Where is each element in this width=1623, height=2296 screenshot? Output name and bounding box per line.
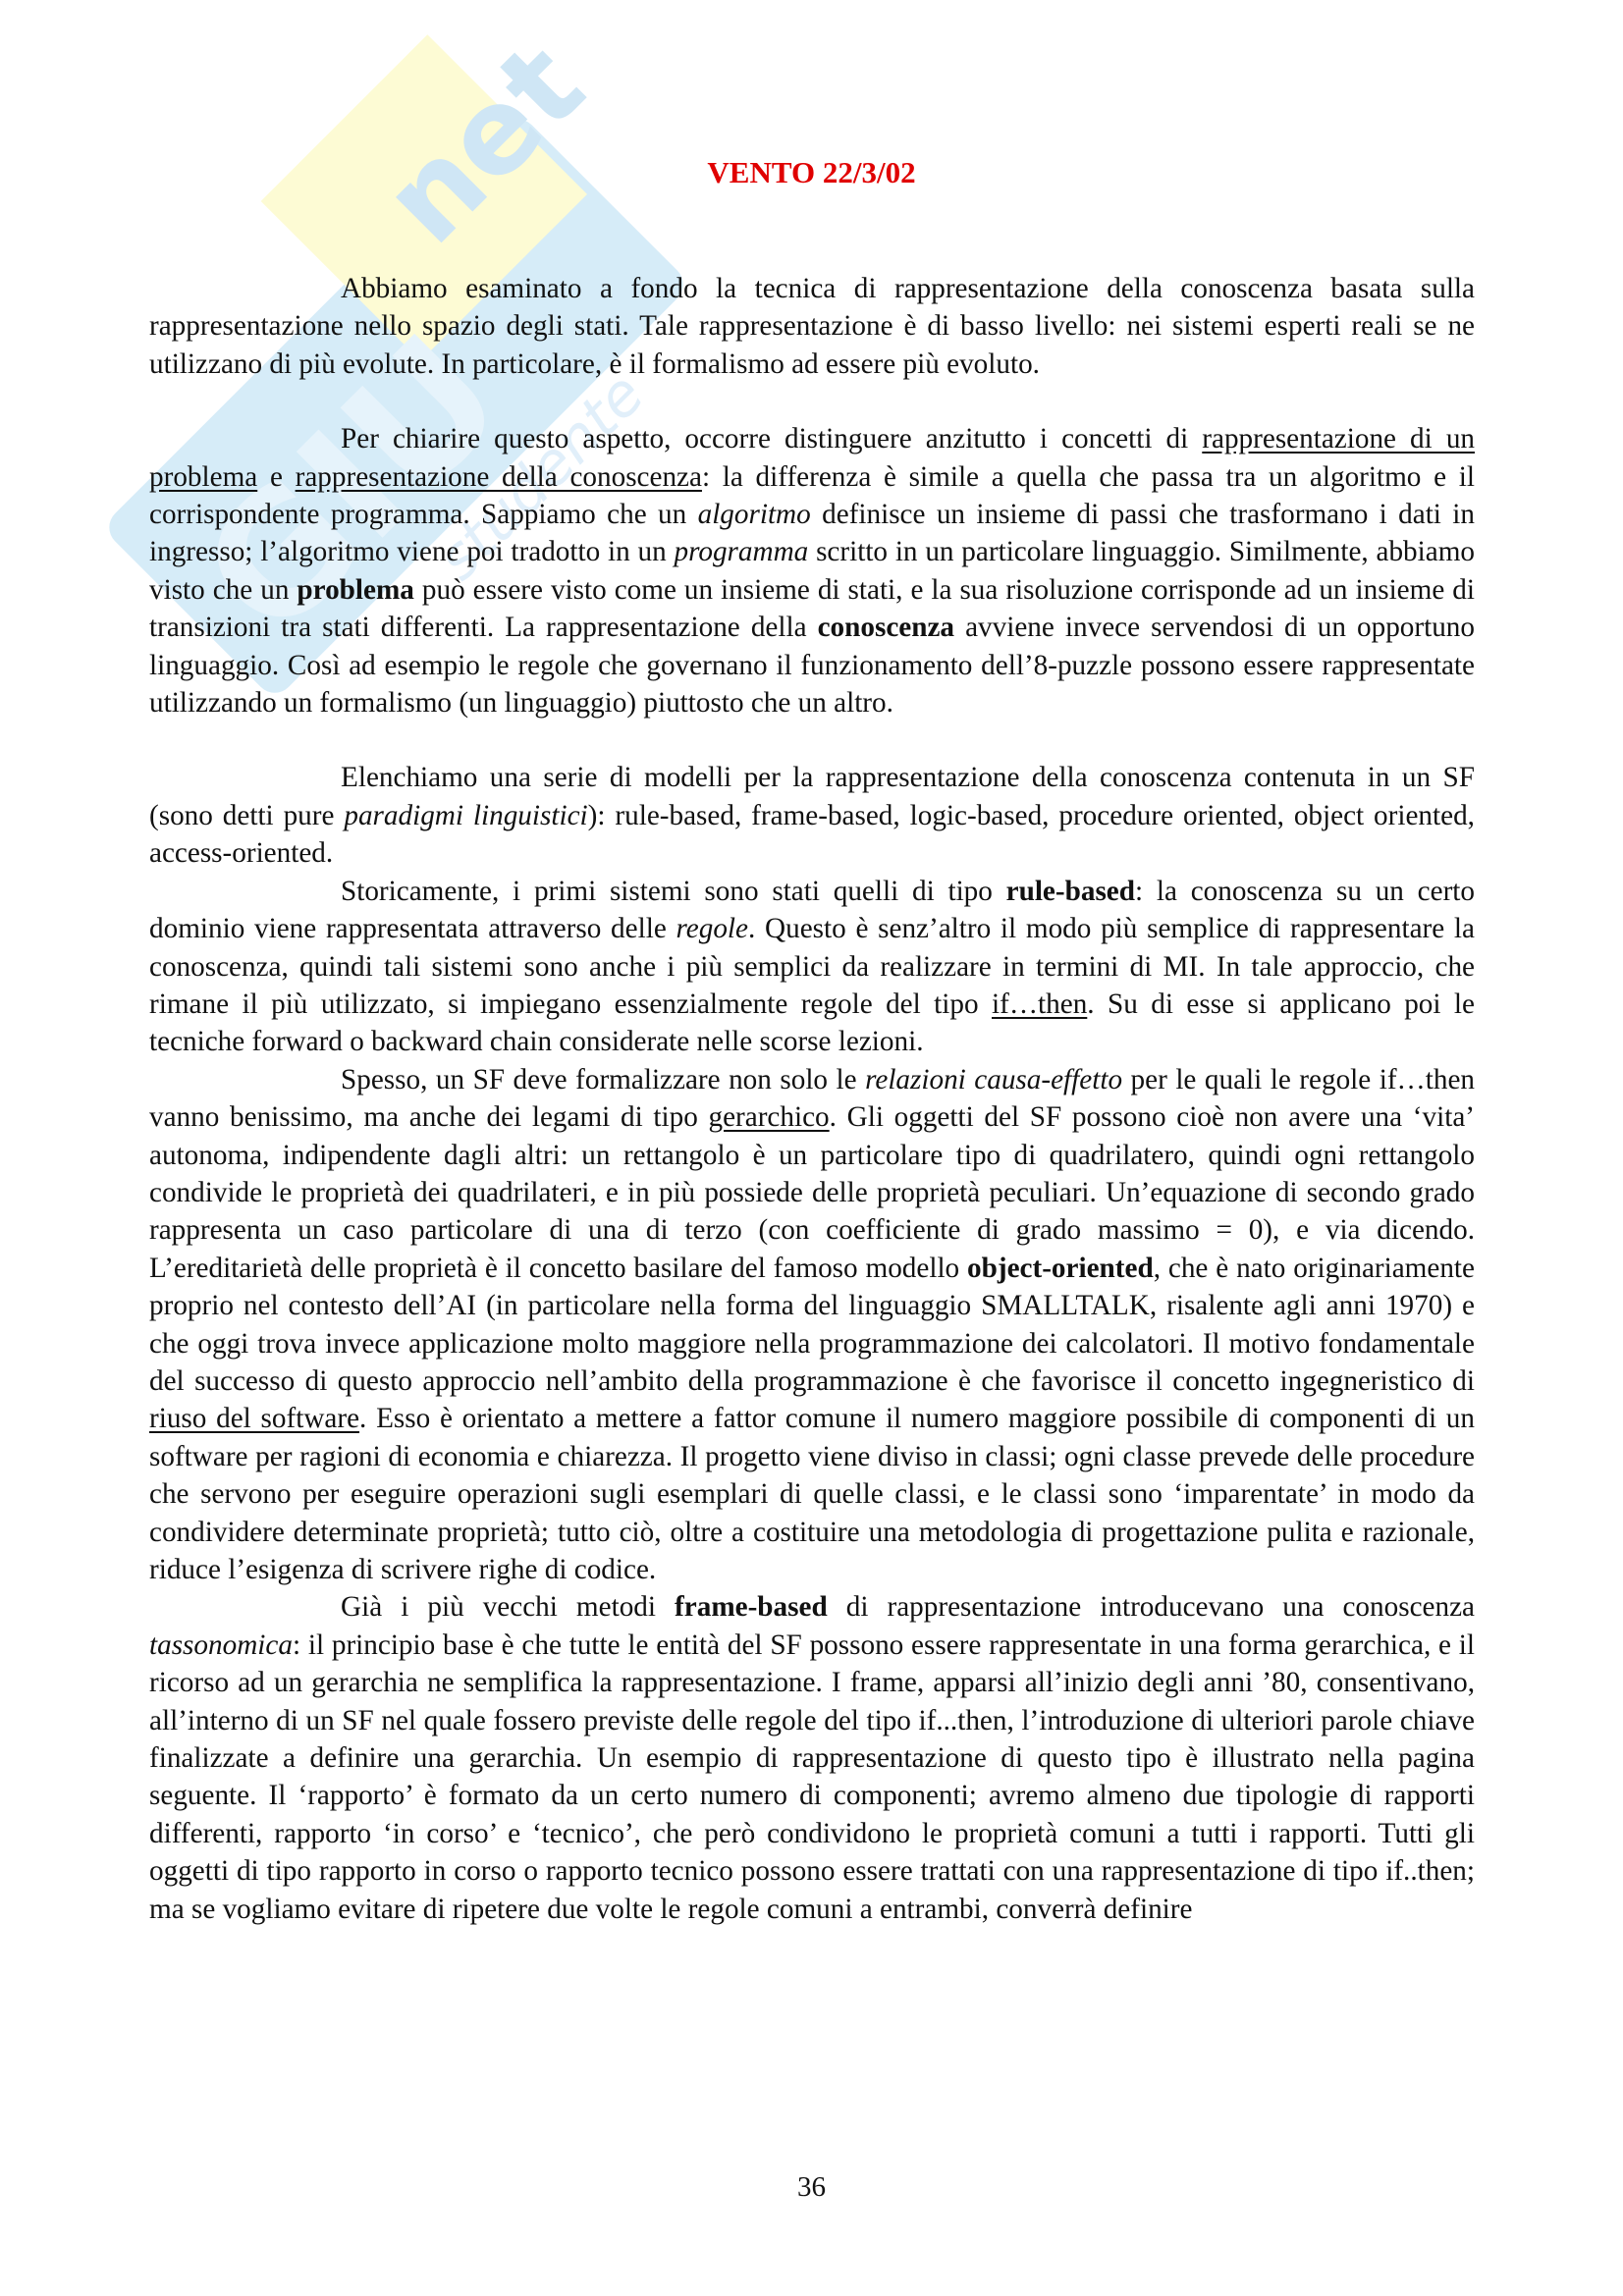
bold-term: object-oriented bbox=[967, 1253, 1154, 1284]
svg-text:net: net bbox=[358, 29, 611, 270]
underlined-term: gerarchico bbox=[708, 1101, 829, 1133]
bold-term: problema bbox=[297, 574, 413, 606]
document-body: Abbiamo esaminato a fondo la tecnica di … bbox=[149, 270, 1475, 1928]
italic-term: algoritmo bbox=[698, 499, 811, 530]
paragraph: Per chiarire questo aspetto, occorre dis… bbox=[149, 420, 1475, 721]
document-page: net GIU studente VENTO 22/3/02 Abbiamo e… bbox=[0, 0, 1623, 2296]
paragraph: Elenchiamo una serie di modelli per la r… bbox=[149, 759, 1475, 872]
text-run: : il principio base è che tutte le entit… bbox=[149, 1629, 1475, 1925]
text-run: e bbox=[257, 461, 295, 493]
bold-term: frame-based bbox=[675, 1591, 828, 1623]
bold-term: conoscenza bbox=[818, 612, 954, 643]
paragraph: Storicamente, i primi sistemi sono stati… bbox=[149, 873, 1475, 1061]
text-run: di rappresentazione introducevano una co… bbox=[828, 1591, 1475, 1623]
italic-term: tassonomica bbox=[149, 1629, 293, 1661]
text-run: Storicamente, i primi sistemi sono stati… bbox=[341, 876, 1006, 907]
italic-term: paradigmi linguistici bbox=[344, 800, 587, 831]
text-run: Per chiarire questo aspetto, occorre dis… bbox=[341, 423, 1202, 454]
text-run: Già i più vecchi metodi bbox=[341, 1591, 675, 1623]
paragraph: Già i più vecchi metodi frame-based di r… bbox=[149, 1588, 1475, 1928]
underlined-term: rappresentazione della conoscenza bbox=[296, 461, 702, 493]
italic-term: programma bbox=[675, 536, 809, 567]
page-number: 36 bbox=[0, 2171, 1623, 2204]
italic-term: relazioni causa-effetto bbox=[865, 1064, 1122, 1095]
italic-term: regole bbox=[676, 913, 748, 944]
text-run: Abbiamo esaminato a fondo la tecnica di … bbox=[149, 273, 1475, 380]
document-title: VENTO 22/3/02 bbox=[0, 155, 1623, 190]
bold-term: rule-based bbox=[1006, 876, 1135, 907]
underlined-term: if…then bbox=[992, 988, 1087, 1020]
paragraph: Spesso, un SF deve formalizzare non solo… bbox=[149, 1061, 1475, 1589]
paragraph: Abbiamo esaminato a fondo la tecnica di … bbox=[149, 270, 1475, 383]
text-run: Spesso, un SF deve formalizzare non solo… bbox=[341, 1064, 865, 1095]
underlined-term: riuso del software bbox=[149, 1403, 359, 1434]
